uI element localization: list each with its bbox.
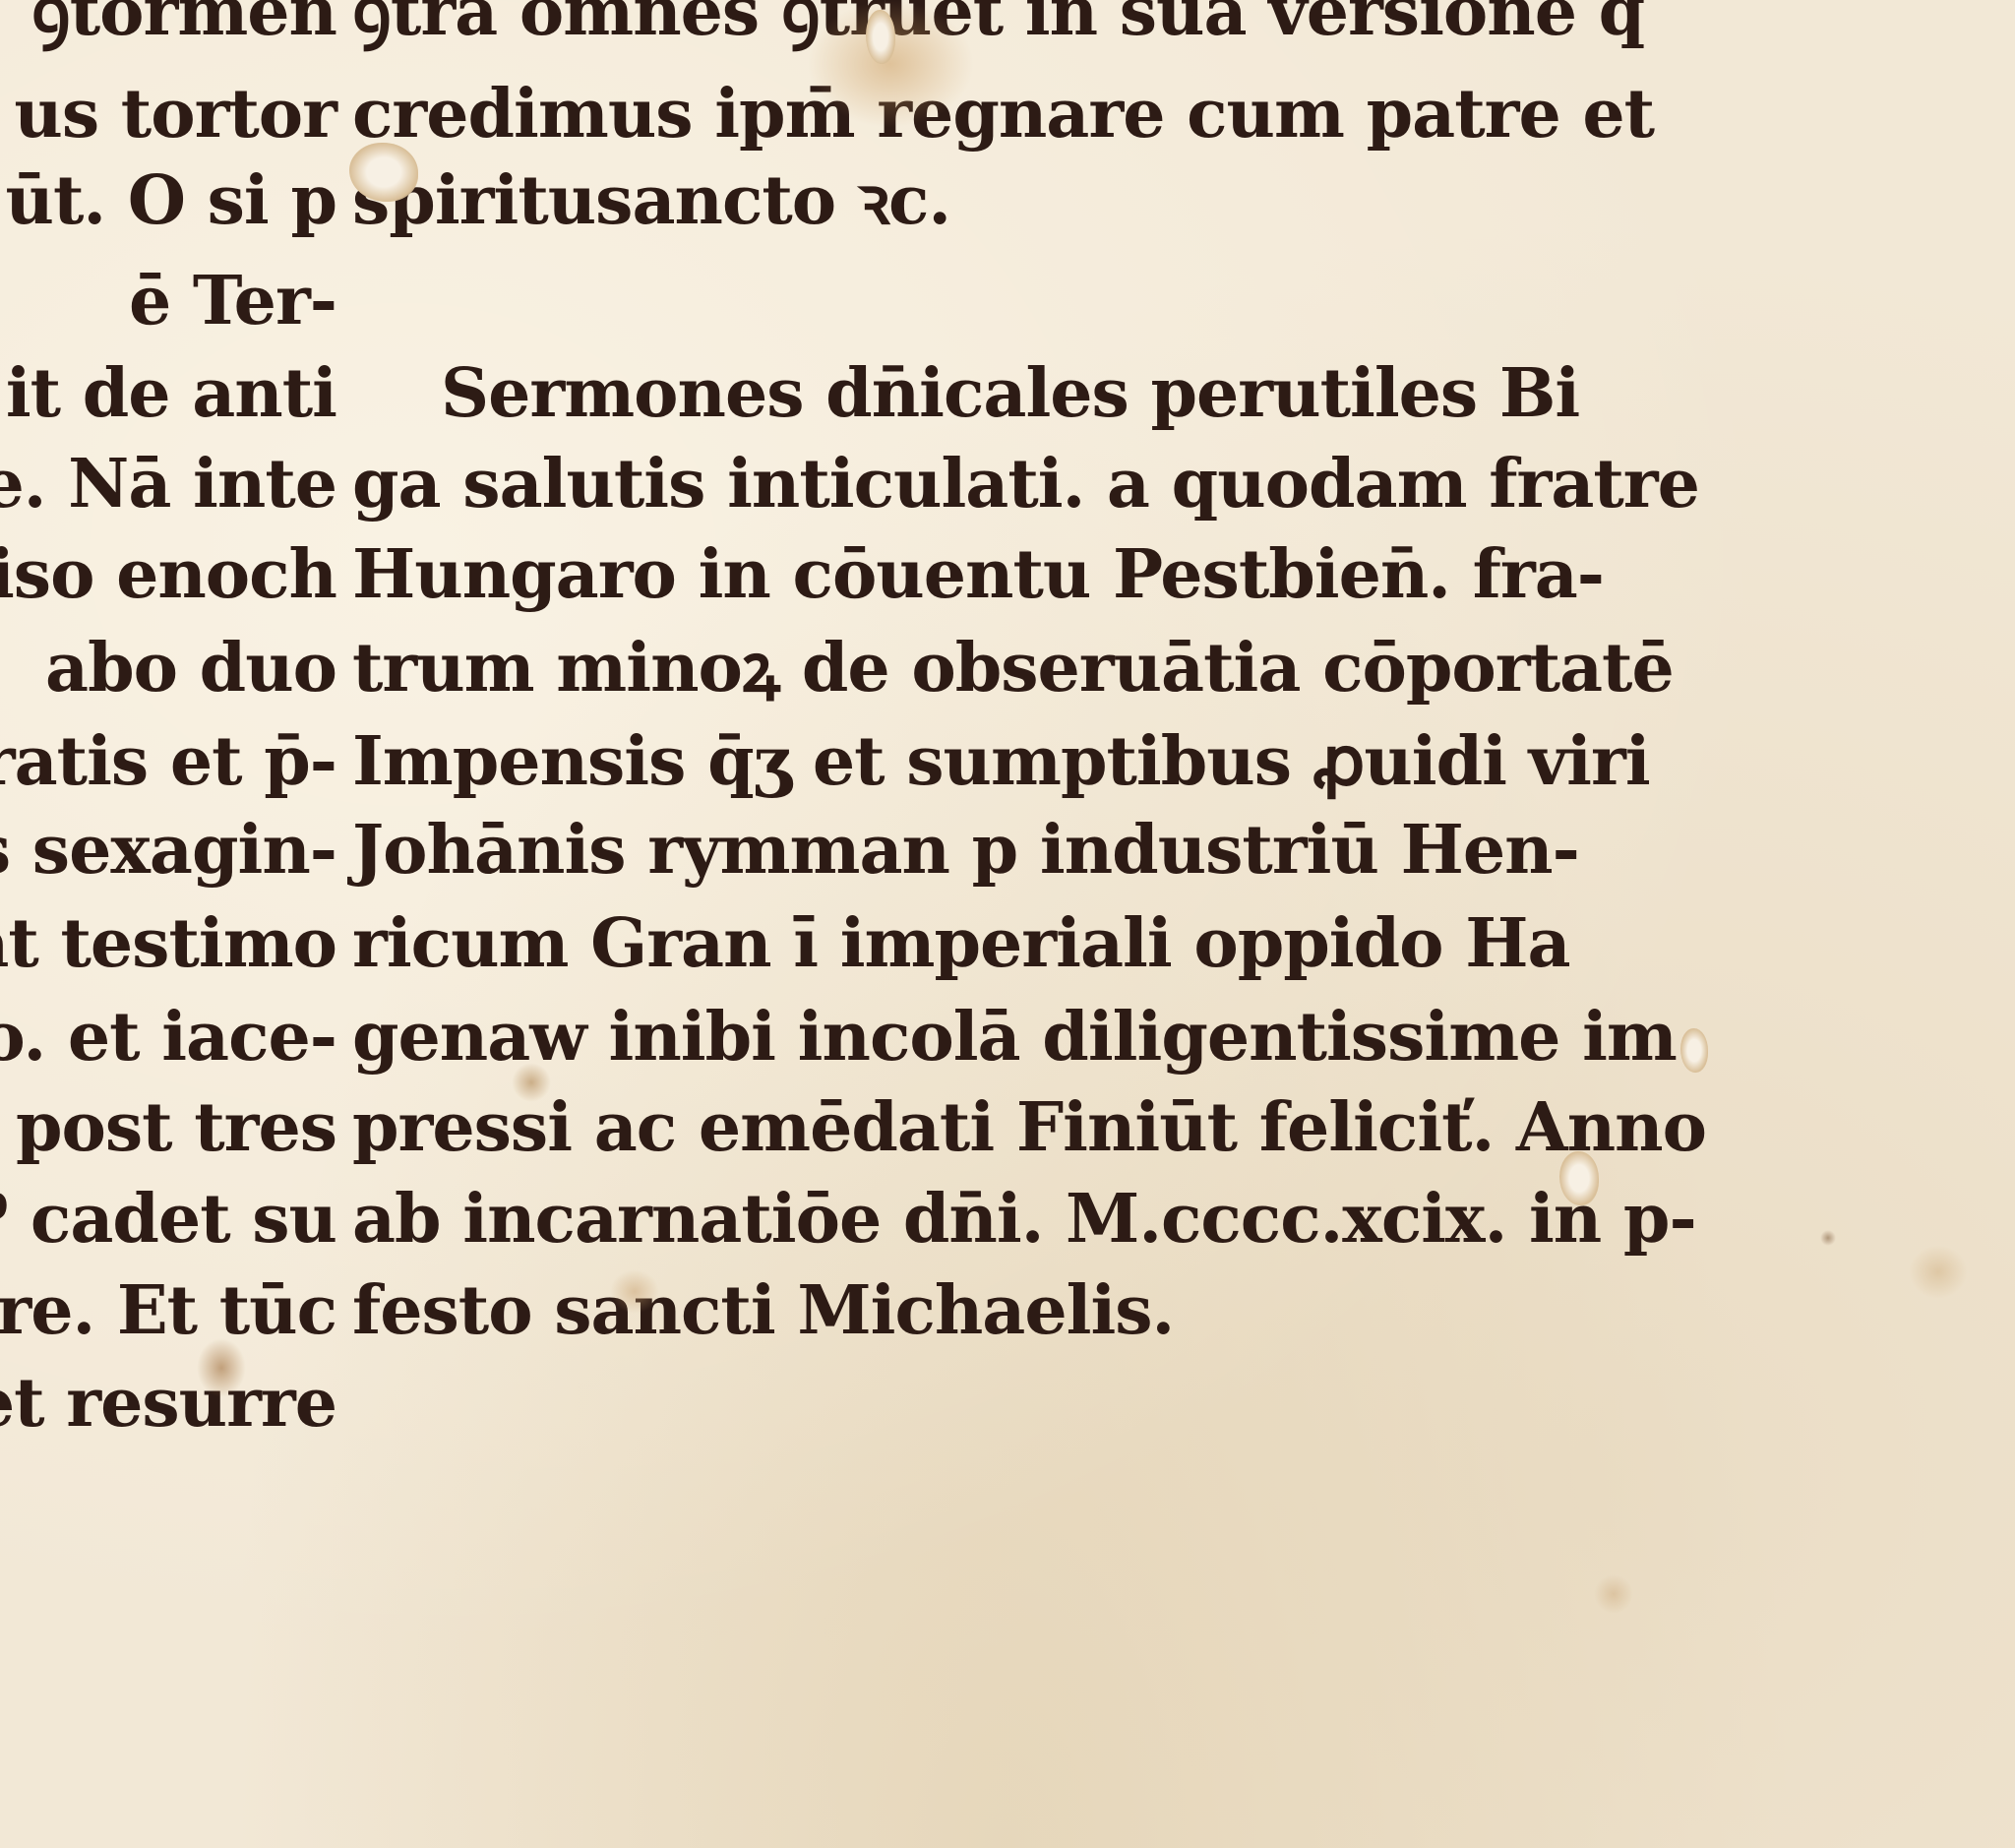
colophon-line: trum minoꝝ de obseruātia cōportatē: [352, 635, 1674, 702]
foxing-stain: [1909, 1245, 1968, 1299]
left-line: to. et iace-: [0, 1004, 336, 1071]
colophon-line: pressi ac emēdati Finiūt feliciť. Anno: [352, 1094, 1706, 1161]
wormhole: [1680, 1028, 1708, 1073]
left-line: n⁹ cadet su: [0, 1186, 336, 1253]
left-line: us tortor: [14, 81, 336, 148]
colophon-date-line: ab incarnatiōe dn̄i. M.cccc.xcix. in p-: [352, 1186, 1696, 1253]
scanned-page: ꝯtormen us tortor ūt. O si p ē Ter- it d…: [0, 0, 2015, 1848]
text-line: ꝯtra omnes ꝯtruet in sua versione q: [352, 0, 1644, 45]
foxing-stain: [1594, 1574, 1633, 1614]
left-line: s sexagin-: [0, 817, 336, 884]
colophon-line: Johānis rymman p industriū Hen-: [352, 817, 1579, 884]
colophon-line: Impensis q̄ʒ et sumptibus ꝓuidi viri: [352, 728, 1650, 795]
colophon-first-line: Sermones dn̄icales perutiles Bi: [352, 360, 1579, 427]
colophon-line: Hungaro in cōuentu Pestbien̄. fra-: [352, 541, 1604, 608]
left-line: post tres: [16, 1094, 336, 1161]
left-line: ꝯtormen: [31, 0, 336, 45]
colophon-line: genaw inibi incolā diligentissime im: [352, 1004, 1677, 1071]
left-line: et resurre: [0, 1370, 336, 1437]
text-line: spiritusancto ꝛc.: [352, 167, 950, 234]
left-line: re. Et tūc: [0, 1277, 336, 1344]
left-line: ē Ter-: [129, 268, 336, 335]
left-line: at testimo: [0, 910, 336, 977]
left-line: abo duo: [45, 635, 336, 702]
wormhole: [1559, 1151, 1599, 1205]
wormhole: [349, 143, 418, 202]
left-line: iso enoch: [0, 541, 336, 608]
left-line: ratis et p̄-: [0, 728, 336, 795]
colophon-line: ricum Gran ī imperiali oppido Ha: [352, 910, 1570, 977]
foxing-stain: [1820, 1230, 1836, 1246]
text-line: credimus ipm̄ regnare cum patre et: [352, 81, 1654, 148]
left-line: e. Nā inte: [0, 451, 336, 518]
colophon-last-line: festo sancti Michaelis.: [352, 1277, 1174, 1344]
wormhole: [866, 10, 895, 64]
colophon-line: ga salutis inticulati. a quodam fratre: [352, 451, 1699, 518]
left-line: it de anti: [6, 360, 336, 427]
left-line: ūt. O si p: [6, 167, 336, 234]
